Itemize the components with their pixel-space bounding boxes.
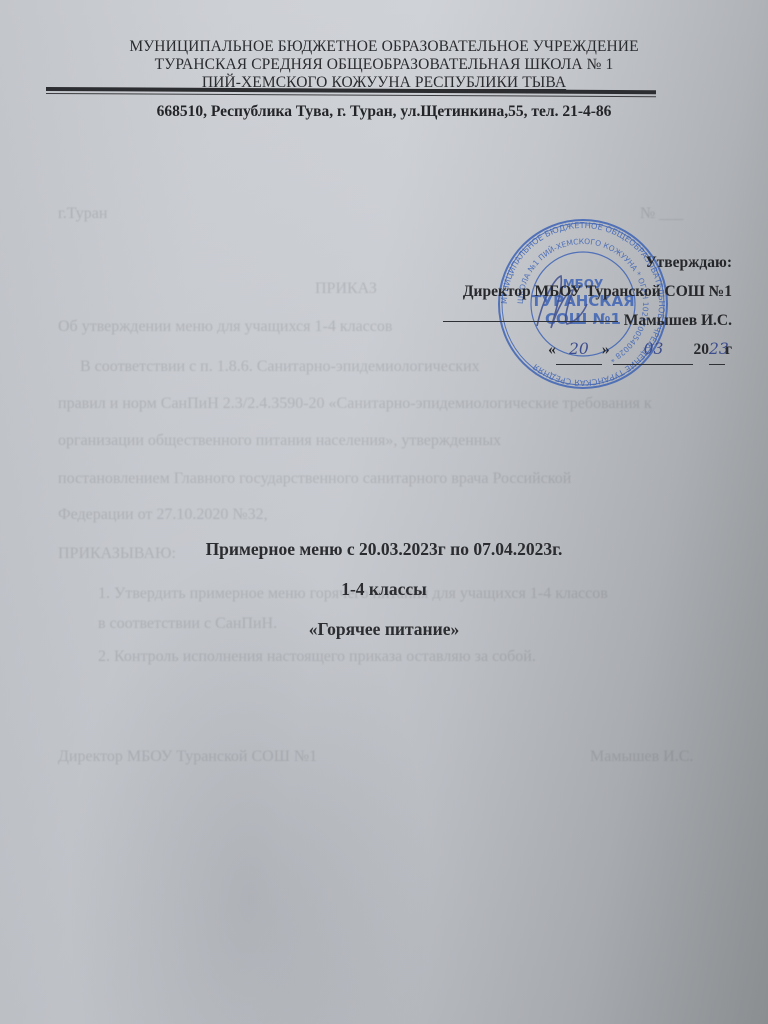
- document-grades: 1-4 классы: [0, 576, 768, 616]
- date-quote-close: »: [602, 335, 610, 364]
- date-quote-open: «: [548, 335, 556, 364]
- approval-label: Утверждаю:: [443, 248, 732, 277]
- document-title-block: Примерное меню с 20.03.2023г по 07.04.20…: [0, 536, 768, 656]
- date-year-prefix: 20: [693, 335, 709, 364]
- org-line-1: МУНИЦИПАЛЬНОЕ БЮДЖЕТНОЕ ОБРАЗОВАТЕЛЬНОЕ …: [0, 38, 768, 56]
- signature-line: [443, 320, 618, 322]
- approval-date: «20» 032023г: [443, 335, 732, 365]
- approver-position: Директор МБОУ Туранской СОШ №1: [443, 277, 732, 306]
- org-address: 668510, Республика Тува, г. Туран, ул.Ще…: [0, 103, 768, 121]
- approver-name: Мамышев И.С.: [624, 312, 732, 329]
- org-line-2: ТУРАНСКАЯ СРЕДНЯЯ ОБЩЕОБРАЗОВАТЕЛЬНАЯ ШК…: [0, 56, 768, 74]
- letterhead: МУНИЦИПАЛЬНОЕ БЮДЖЕТНОЕ ОБРАЗОВАТЕЛЬНОЕ …: [0, 38, 768, 92]
- date-year-letter: г: [725, 335, 732, 364]
- date-day: 20: [556, 335, 602, 365]
- date-year-suffix: 23: [709, 335, 725, 365]
- approval-block: Утверждаю: Директор МБОУ Туранской СОШ №…: [443, 248, 732, 365]
- document-subtitle: «Горячее питание»: [0, 616, 768, 656]
- date-month: 03: [613, 335, 693, 365]
- document-page: г.Туран № ___ ПРИКАЗ Об утверждении меню…: [0, 0, 768, 1024]
- approver-name-row: Мамышев И.С.: [443, 306, 732, 335]
- document-title: Примерное меню с 20.03.2023г по 07.04.20…: [0, 536, 768, 576]
